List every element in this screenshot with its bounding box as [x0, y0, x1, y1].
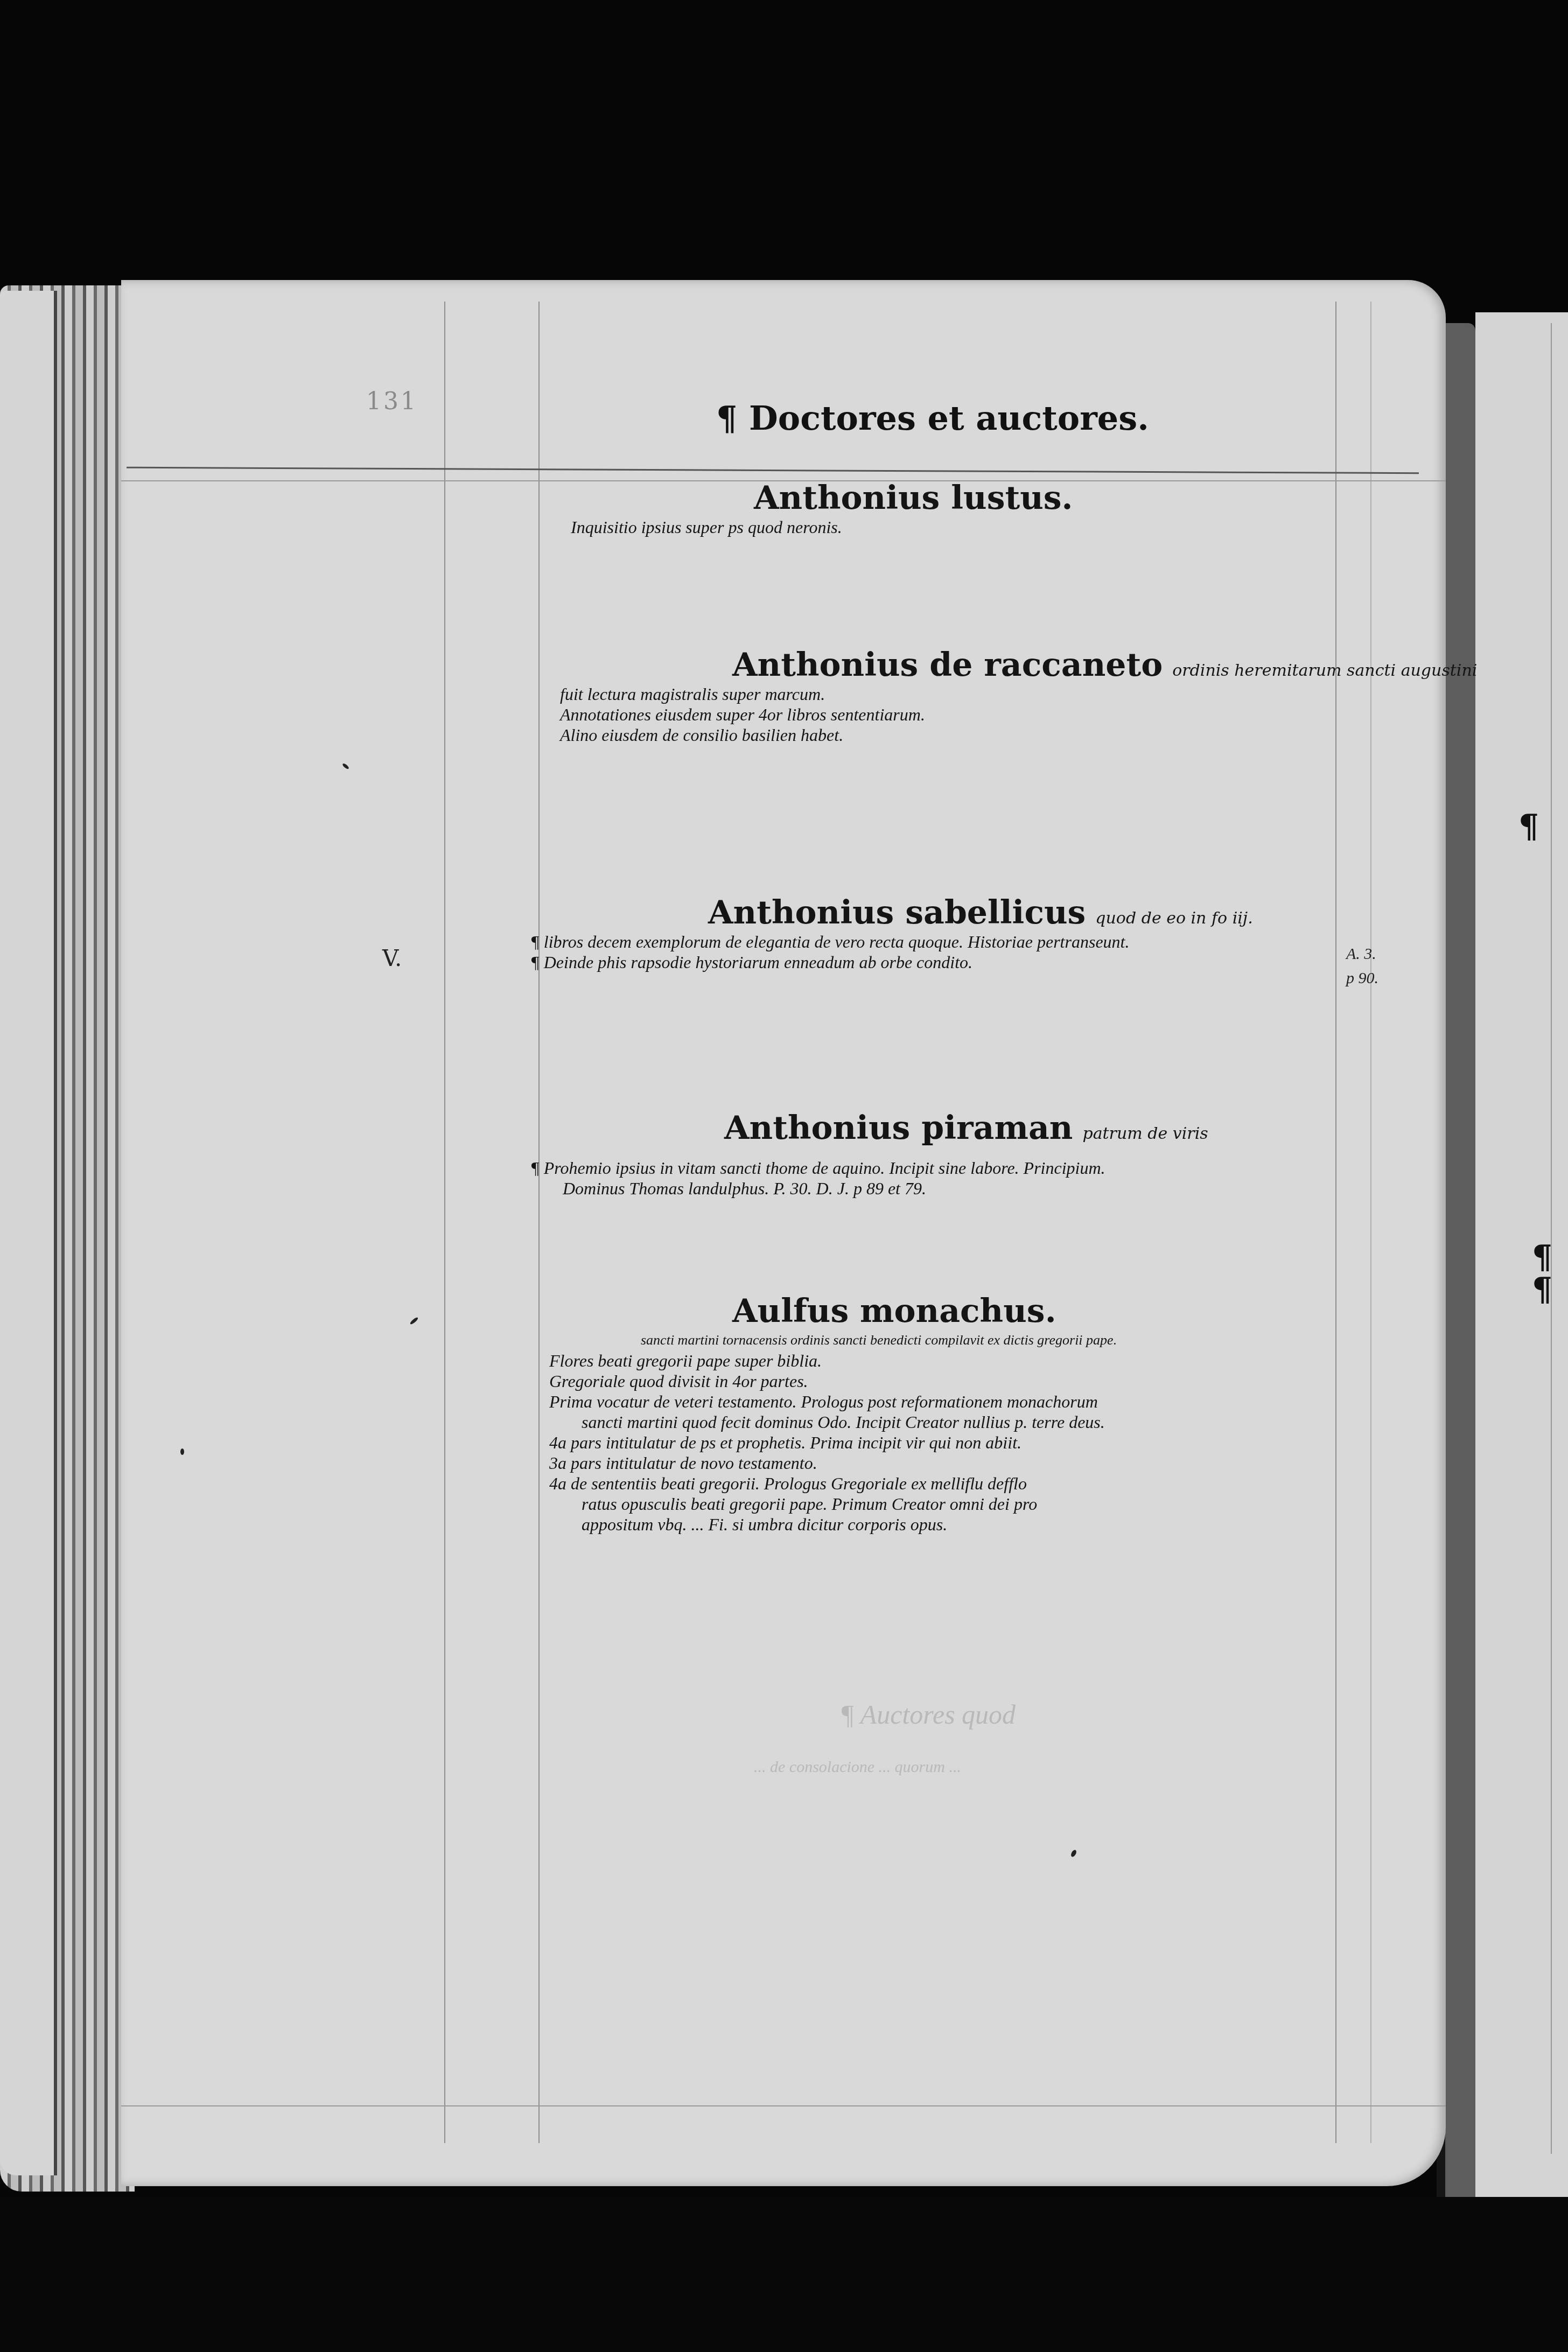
- catalogue-entry: Anthonius sabellicusquod de eo in fo iij…: [530, 894, 1253, 972]
- entry-line: appositum vbq. ... Fi. si umbra dicitur …: [582, 1514, 1117, 1535]
- entry-line: sancti martini quod fecit dominus Odo. I…: [582, 1412, 1117, 1432]
- manuscript-page: [121, 280, 1446, 2186]
- bleed-through-heading: ¶ Auctores quod: [840, 1699, 1016, 1730]
- binding-board: [0, 291, 57, 2175]
- author-name: Anthonius de raccaneto: [732, 646, 1163, 684]
- catalogue-entry: Anthonius piramanpatrum de viris ¶ Prohe…: [530, 1109, 1208, 1199]
- folio-number: 131: [366, 388, 418, 415]
- author-name-row: Aulfus monachus.: [549, 1292, 1117, 1330]
- entry-line: ¶ Prohemio ipsius in vitam sancti thome …: [530, 1158, 1208, 1178]
- entry-line: 4a de sententiis beati gregorii. Prologu…: [549, 1473, 1117, 1494]
- entry-line: ¶ Deinde phis rapsodie hystoriarum ennea…: [530, 952, 1253, 972]
- photo-shadow: [0, 2197, 1568, 2352]
- entry-line: 3a pars intitulatur de novo testamento.: [549, 1453, 1117, 1473]
- author-name-row: Anthonius piramanpatrum de viris: [530, 1109, 1208, 1147]
- author-note: quod de eo in fo iij.: [1095, 909, 1252, 928]
- entry-line: Prima vocatur de veteri testamento. Prol…: [549, 1391, 1117, 1412]
- author-note: patrum de viris: [1082, 1124, 1208, 1143]
- entry-line: 4a pars intitulatur de ps et prophetis. …: [549, 1432, 1117, 1453]
- margin-reference: V.: [382, 945, 402, 971]
- author-name: Aulfus monachus.: [732, 1292, 1056, 1330]
- author-name-row: Anthonius sabellicusquod de eo in fo iij…: [530, 894, 1253, 932]
- author-name-row: Anthonius de raccanetoordinis heremitaru…: [560, 646, 1477, 684]
- entry-line: Gregoriale quod divisit in 4or partes.: [549, 1371, 1117, 1391]
- entry-line: Dominus Thomas landulphus. P. 30. D. J. …: [563, 1178, 1208, 1199]
- entry-line: ratus opusculis beati gregorii pape. Pri…: [582, 1494, 1117, 1514]
- author-name: Anthonius lustus.: [571, 479, 1073, 517]
- author-note: sancti martini tornacensis ordinis sanct…: [549, 1330, 1117, 1350]
- bleed-through-line: ... de consolacione ... quorum ...: [754, 1758, 961, 1776]
- ruling-outer: [1370, 302, 1371, 2143]
- shelf-reference: p 90.: [1346, 969, 1378, 988]
- page-title: ¶ Doctores et auctores.: [716, 398, 1149, 438]
- catalogue-entry: Aulfus monachus. sancti martini tornacen…: [549, 1292, 1117, 1535]
- ruling-text-left: [538, 302, 540, 2143]
- shelf-reference: A. 3.: [1346, 945, 1376, 963]
- entry-line: Alino eiusdem de consilio basilien habet…: [560, 725, 1477, 745]
- ruling-bottom: [121, 2105, 1446, 2106]
- author-name: Anthonius sabellicus: [708, 894, 1086, 932]
- entry-line: Flores beati gregorii pape super biblia.: [549, 1350, 1117, 1371]
- ruling-left-inner: [444, 302, 445, 2143]
- entry-line: fuit lectura magistralis super marcum.: [560, 684, 1477, 704]
- author-note: ordinis heremitarum sancti augustini: [1172, 661, 1477, 680]
- paragraph-mark-icon: ¶: [1532, 1271, 1552, 1308]
- header-underline: [127, 467, 1419, 474]
- paragraph-mark-icon: ¶: [1518, 808, 1539, 845]
- author-name: Anthonius piraman: [724, 1109, 1073, 1147]
- ruling-text-right: [1335, 302, 1336, 2143]
- ink-speck: [180, 1448, 184, 1455]
- entry-line: Inquisitio ipsius super ps quod neronis.: [571, 517, 1073, 537]
- catalogue-entry: Anthonius de raccanetoordinis heremitaru…: [560, 646, 1477, 745]
- entry-line: Annotationes eiusdem super 4or libros se…: [560, 704, 1477, 725]
- facing-page-fragment: ¶ ¶ ¶: [1475, 312, 1568, 2197]
- catalogue-entry: Anthonius lustus. Inquisitio ipsius supe…: [571, 479, 1073, 537]
- entry-line: ¶ libros decem exemplorum de elegantia d…: [530, 932, 1253, 952]
